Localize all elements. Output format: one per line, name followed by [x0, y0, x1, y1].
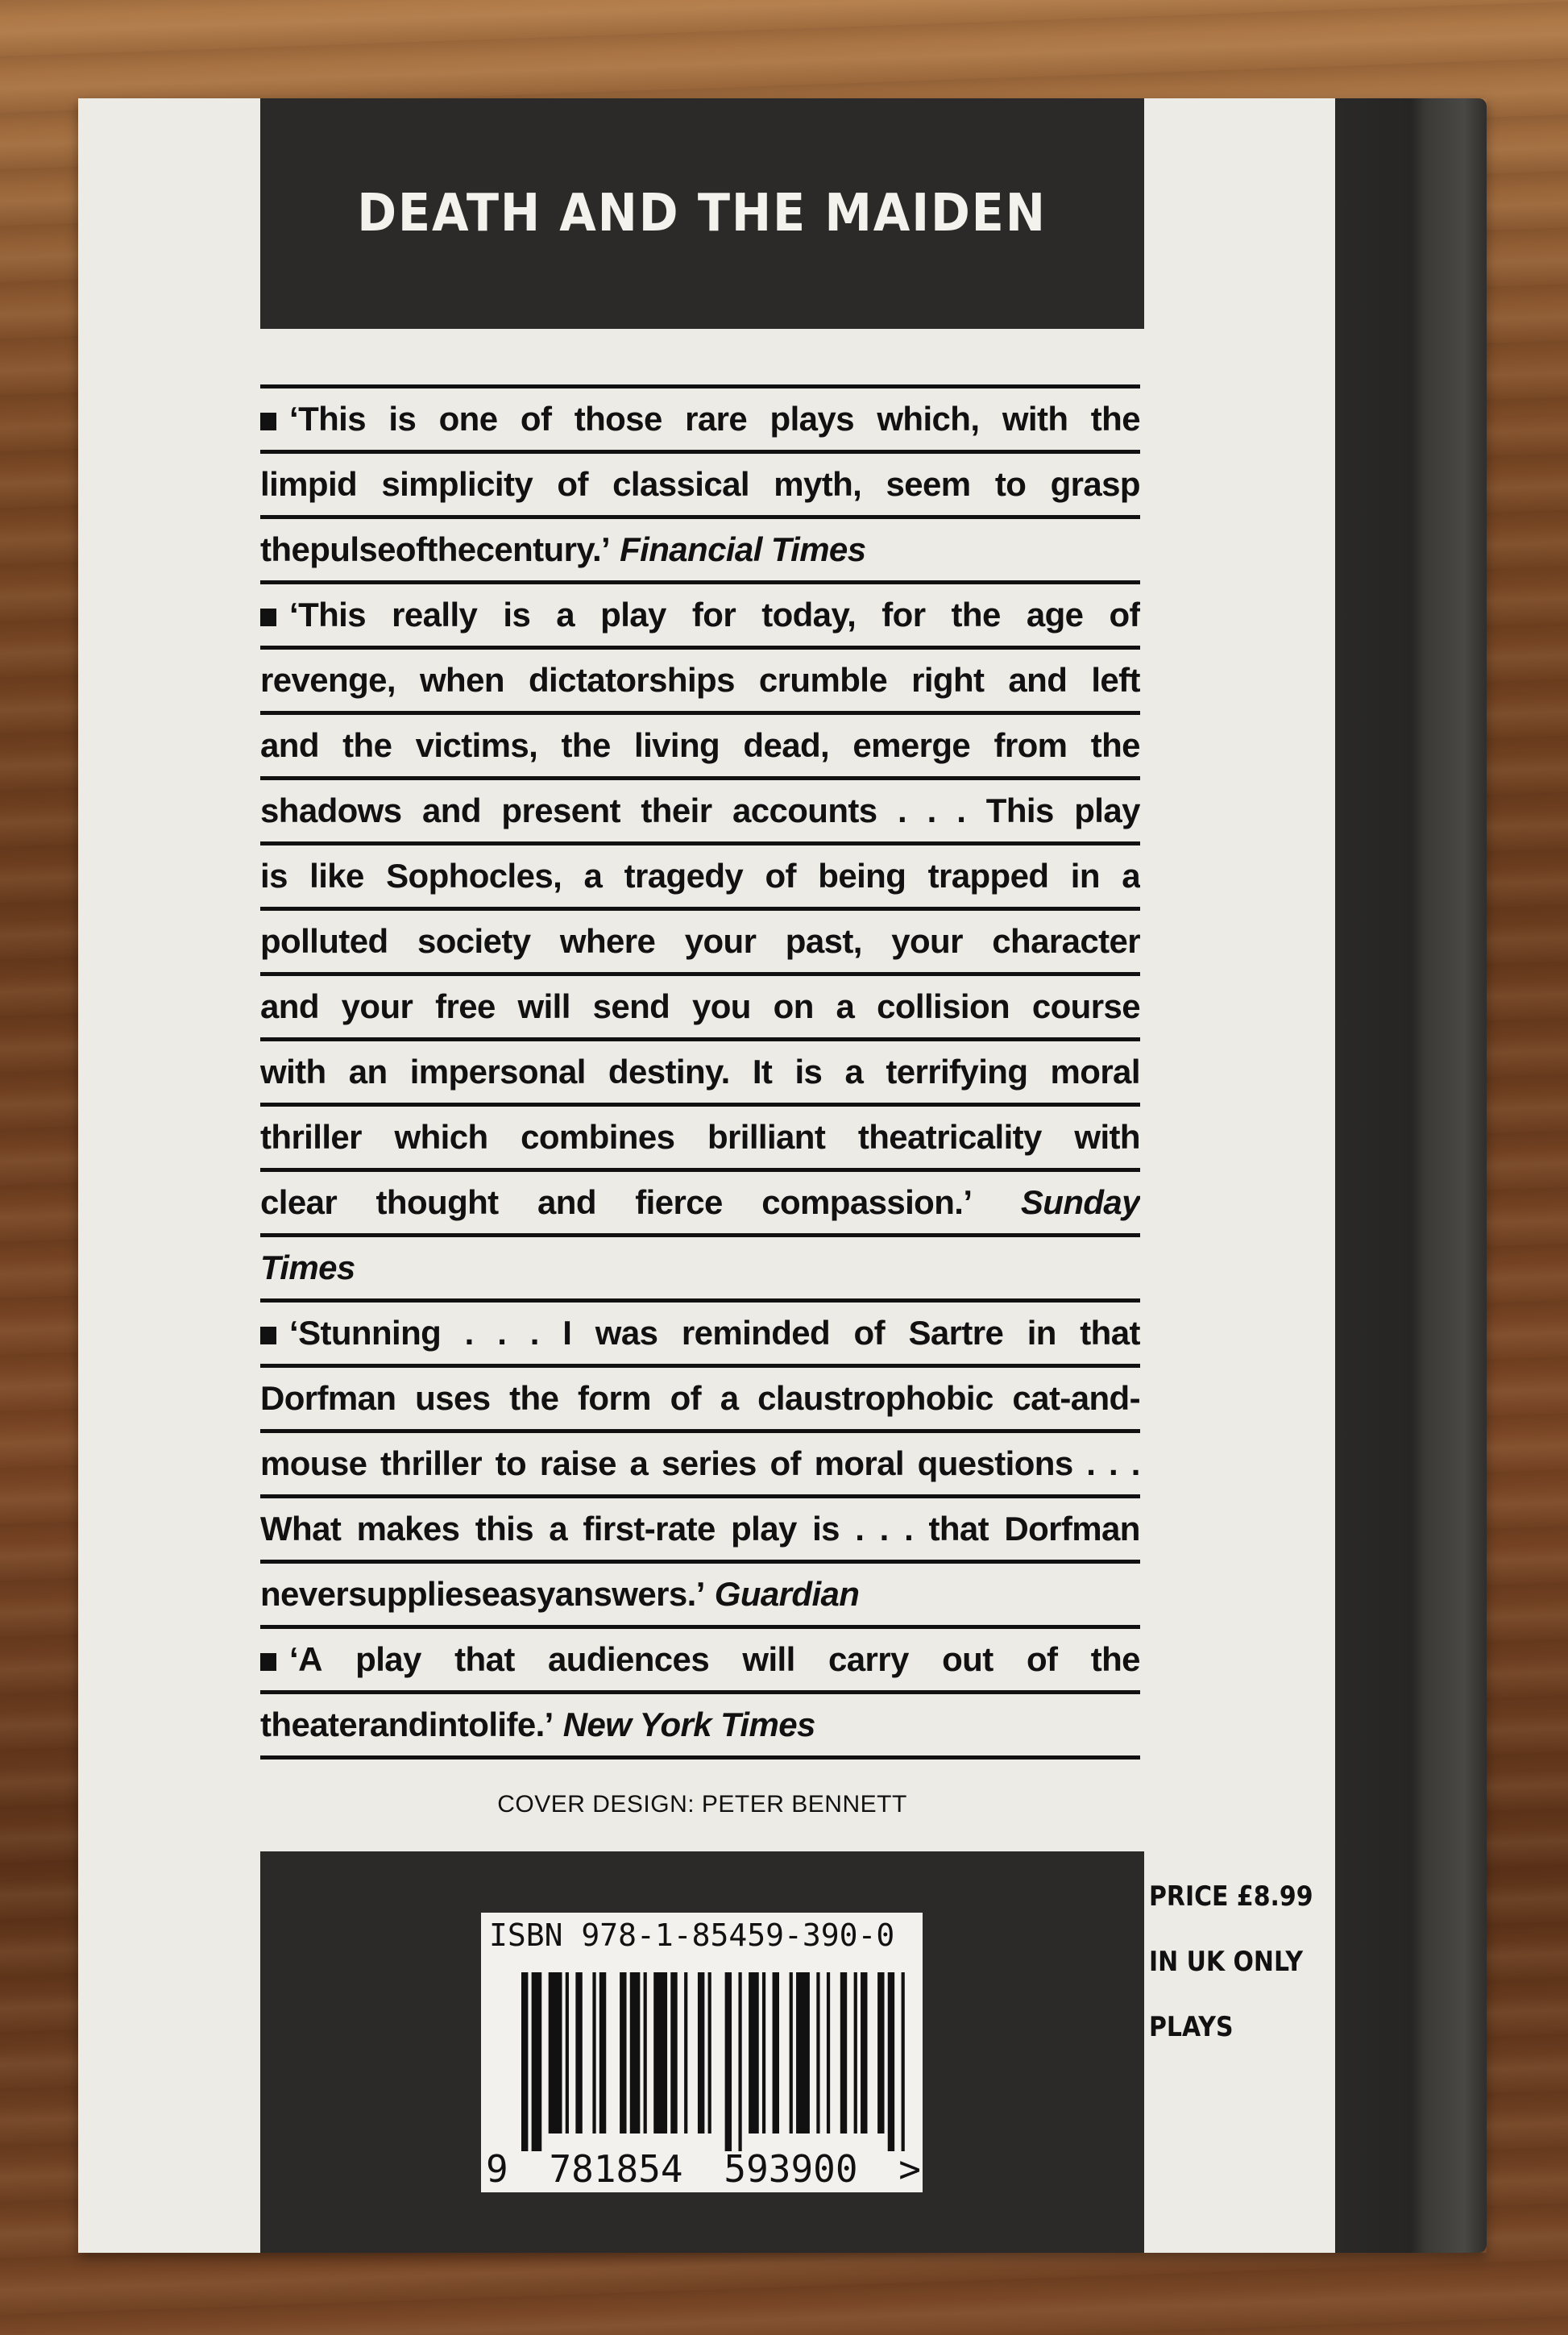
rule-divider — [260, 1755, 1140, 1760]
cover-design-credit: COVER DESIGN: PETER BENNETT — [260, 1791, 1144, 1818]
bullet-icon — [260, 1327, 276, 1344]
isbn-barcode: ISBN 978-1-85459-390-0 9781854593900> — [481, 1913, 923, 2192]
quote-line: the pulse of the century.’Financial Time… — [260, 519, 1140, 580]
review-quotes: ‘Thisisoneofthoserareplayswhich,withthel… — [260, 384, 1140, 1760]
quote-line: ‘Stunning...IwasremindedofSartreinthat — [260, 1303, 1140, 1364]
quote-line: islikeSophocles,atragedyofbeingtrappedin… — [260, 846, 1140, 907]
price-label: PRICE £8.99 — [1149, 1880, 1313, 1913]
quote-line: withanimpersonaldestiny.Itisaterrifyingm… — [260, 1041, 1140, 1103]
barcode-icon — [521, 1972, 908, 2151]
quote-line: theater and into life.’New York Times — [260, 1694, 1140, 1755]
bullet-icon — [260, 1653, 276, 1671]
price-column: PRICE £8.99 IN UK ONLY PLAYS — [1144, 1851, 1335, 2253]
barcode-digit-group: 9 — [486, 2147, 508, 2191]
quote-line: thrillerwhichcombinesbrillianttheatrical… — [260, 1107, 1140, 1168]
barcode-digit-group: 593900 — [724, 2147, 857, 2191]
quote-line: andyourfreewillsendyouonacollisioncourse — [260, 976, 1140, 1037]
barcode-digit-group: > — [898, 2147, 921, 2191]
category-label: PLAYS — [1149, 2011, 1234, 2043]
barcode-digit-group: 781854 — [549, 2147, 682, 2191]
cover-panel: DEATH AND THE MAIDEN ‘Thisisoneofthosera… — [78, 98, 1335, 2253]
quote-line: andthevictims,thelivingdead,emergefromth… — [260, 715, 1140, 776]
quote-line: Dorfmanusestheformofaclaustrophobiccat-a… — [260, 1368, 1140, 1429]
quote-source: Sunday — [1021, 1183, 1140, 1222]
quote-line: clearthoughtandfiercecompassion.’Sunday — [260, 1172, 1140, 1233]
quote-line: revenge,whendictatorshipscrumblerightand… — [260, 650, 1140, 711]
barcode-panel: ISBN 978-1-85459-390-0 9781854593900> — [260, 1851, 1144, 2253]
quote-source: Financial Times — [620, 530, 865, 569]
book-back-cover: DEATH AND THE MAIDEN ‘Thisisoneofthosera… — [78, 98, 1487, 2253]
quote-line: mousethrillertoraiseaseriesofmoralquesti… — [260, 1433, 1140, 1494]
quote-line: ‘Aplaythataudienceswillcarryoutofthe — [260, 1629, 1140, 1690]
bullet-icon — [260, 609, 276, 626]
quote-source: Guardian — [715, 1575, 860, 1614]
quote-line: shadowsandpresenttheiraccounts...Thispla… — [260, 780, 1140, 841]
bullet-icon — [260, 413, 276, 430]
book-spine — [1335, 98, 1487, 2253]
region-label: IN UK ONLY — [1149, 1946, 1303, 1978]
quote-line: never supplies easy answers.’Guardian — [260, 1564, 1140, 1625]
quote-line: limpidsimplicityofclassicalmyth,seemtogr… — [260, 454, 1140, 515]
barcode-digits: 9781854593900> — [486, 2147, 921, 2191]
quote-line: Times — [260, 1237, 1140, 1298]
isbn-label: ISBN 978-1-85459-390-0 — [489, 1917, 894, 1953]
quote-line: ‘Thisisoneofthoserareplayswhich,withthe — [260, 388, 1140, 450]
quote-source: New York Times — [563, 1706, 815, 1744]
title-banner: DEATH AND THE MAIDEN — [260, 98, 1144, 329]
quote-line: ‘Thisreallyisaplayfortoday,fortheageof — [260, 584, 1140, 646]
quote-line: pollutedsocietywhereyourpast,yourcharact… — [260, 911, 1140, 972]
book-title: DEATH AND THE MAIDEN — [358, 184, 1047, 243]
quote-line: Whatmakesthisafirst-rateplayis...thatDor… — [260, 1498, 1140, 1560]
quote-source: Times — [260, 1249, 355, 1287]
